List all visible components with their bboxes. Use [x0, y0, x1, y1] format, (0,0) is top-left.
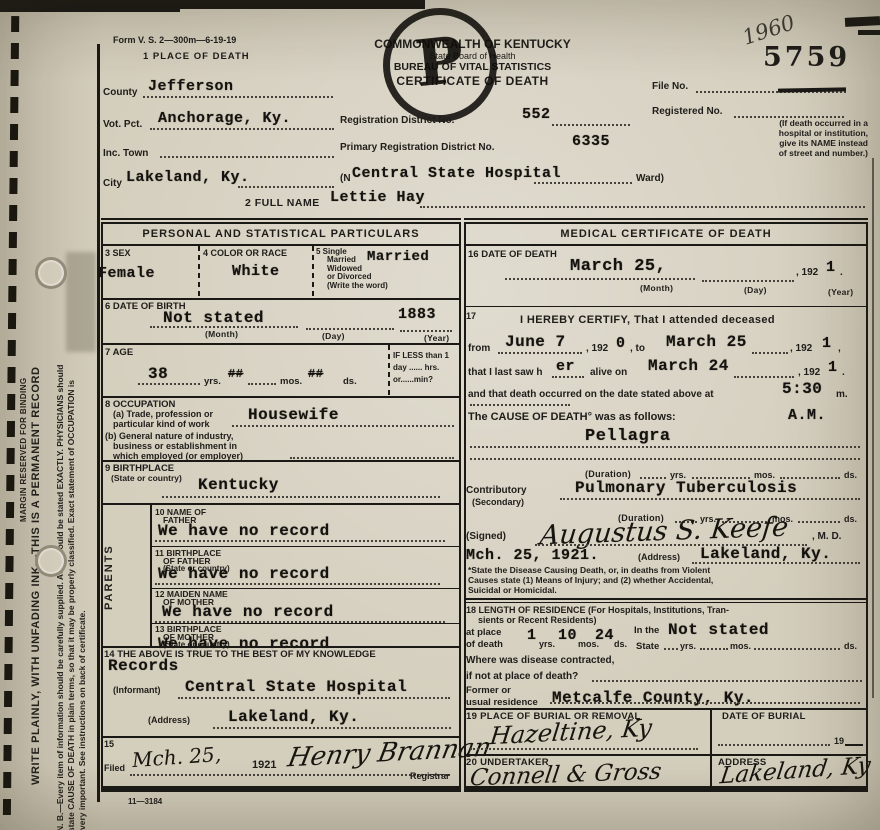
contributory-label: Contributory	[466, 486, 527, 496]
physician-address-line	[692, 562, 860, 564]
contributory-value: Pulmonary Tuberculosis	[575, 480, 797, 496]
margin-nb-line2: state CAUSE OF DEATH in plain terms, so …	[67, 240, 77, 830]
cause-line	[470, 446, 860, 448]
residence-label-1: 18 LENGTH OF RESIDENCE (For Hospitals, I…	[466, 606, 729, 615]
ds-caption: ds.	[844, 515, 857, 524]
dod-period: .	[840, 268, 843, 278]
informant-address-line	[213, 727, 451, 729]
yrs-caption: yrs.	[204, 377, 221, 387]
from-line	[498, 352, 582, 354]
hole-punch-top	[35, 257, 67, 289]
month-caption: (Month)	[205, 330, 238, 339]
sex-value: Female	[98, 266, 155, 281]
left-box-bottom-thick	[101, 786, 461, 790]
row-rule	[150, 546, 461, 547]
attended-to-year: 1	[822, 336, 832, 351]
filed-label: Filed	[104, 764, 125, 773]
mother-name-line	[155, 621, 445, 623]
row-rule	[101, 646, 461, 648]
saw-year-printed: , 192	[798, 368, 820, 378]
day-caption: (Day)	[322, 332, 345, 341]
top-edge-ink-bar	[0, 0, 425, 9]
filed-line	[130, 774, 450, 776]
occupation-b-line	[290, 457, 454, 459]
ds-caption: ds.	[844, 642, 857, 651]
residence-days-value: 24	[595, 628, 614, 643]
race-label: 4 COLOR OR RACE	[203, 249, 287, 258]
occupation-a-line2: particular kind of work	[113, 420, 210, 429]
informant-value: Central State Hospital	[185, 679, 407, 695]
row-rule	[464, 602, 868, 603]
age-line	[248, 383, 276, 385]
certificate-number: 5759	[763, 44, 850, 71]
marital-value: Married	[367, 250, 429, 264]
full-name-line	[420, 206, 865, 208]
row-rule	[464, 708, 868, 710]
dob-year-value: 1883	[398, 307, 436, 322]
mother-name-value: We have no record	[162, 604, 334, 620]
occupation-line	[232, 425, 454, 427]
state-line	[700, 648, 728, 650]
margin-binding-note: MARGIN RESERVED FOR BINDING	[20, 407, 30, 522]
attended-to-date: March 25	[666, 334, 747, 350]
inc-town-line	[160, 156, 334, 158]
md-caption: , M. D.	[812, 532, 841, 542]
registered-no-label: Registered No.	[652, 107, 723, 117]
to-line	[752, 352, 788, 354]
hospital-note-2: hospital or institution,	[680, 129, 868, 138]
county-value: Jefferson	[148, 79, 234, 94]
city-label: City	[103, 179, 122, 189]
row-rule	[101, 503, 461, 505]
age-months-strike: ##	[228, 368, 243, 380]
records-note: Records	[108, 658, 179, 674]
duration-caption: (Duration)	[585, 470, 631, 479]
cause-of-death-label: The CAUSE OF DEATH° was as follows:	[468, 412, 676, 423]
age-days-strike: ##	[308, 368, 323, 380]
ward-label: Ward)	[636, 174, 664, 184]
death-time-m: m.	[836, 390, 848, 400]
from-label: from	[468, 344, 490, 354]
cause-line	[470, 404, 570, 406]
father-bp-value: We have no record	[158, 566, 330, 582]
undertaker-cell-divider	[710, 754, 712, 788]
year-caption: (Year)	[424, 334, 449, 343]
row-rule	[464, 306, 868, 307]
informant-line	[178, 697, 450, 699]
cause-footnote-1: *State the Disease Causing Death, or, in…	[468, 566, 710, 575]
occupation-b-line1: (b) General nature of industry,	[105, 432, 233, 441]
attended-from-date: June 7	[505, 334, 566, 350]
margin-nb-line3: very important. See instructions on back…	[78, 630, 88, 830]
inc-town-label: Inc. Town	[103, 149, 148, 159]
last-saw-fill: er	[556, 359, 575, 374]
state-residence-value: Not stated	[668, 622, 769, 638]
from-year-printed: , 192	[586, 344, 608, 354]
row-rule	[101, 396, 461, 398]
primary-district-value: 6335	[572, 134, 610, 149]
saw-period: .	[842, 368, 845, 378]
last-saw-mid: alive on	[590, 368, 627, 378]
former-residence-line	[550, 702, 860, 704]
cause-footnote-2: Causes state (1) Means of Injury; and (2…	[468, 576, 713, 585]
burial-date-label: DATE OF BURIAL	[722, 712, 806, 722]
burial-date-line	[718, 744, 830, 746]
margin-write-plainly: WRITE PLAINLY, WITH UNFADING INK—THIS IS…	[31, 245, 44, 785]
file-no-label: File No.	[652, 82, 688, 92]
dob-line	[150, 326, 298, 328]
age-value: 38	[148, 366, 168, 382]
binding-edge-streak	[3, 16, 19, 826]
secondary-caption: (Secondary)	[472, 498, 524, 507]
at-place-label-1: at place	[466, 628, 501, 638]
form-left-border	[97, 44, 100, 802]
to-comma: ,	[838, 344, 841, 354]
form-number: Form V. S. 2—300m—6-19-19	[113, 36, 236, 45]
page-right-edge-line	[872, 158, 874, 698]
physician-address-label: (Address)	[638, 553, 680, 562]
occupation-value: Housewife	[248, 407, 339, 423]
left-box-top-rule	[101, 218, 461, 220]
row17-number: 17	[466, 312, 476, 321]
row15-number: 15	[104, 740, 114, 749]
mos-caption: mos.	[280, 377, 302, 387]
saw-line	[552, 376, 584, 378]
if-less-line1: IF LESS than 1	[393, 352, 449, 360]
dod-year-printed: , 192	[796, 268, 818, 278]
row-rule	[101, 298, 461, 300]
reg-district-line	[552, 124, 630, 126]
personal-title-rule	[101, 244, 461, 246]
former-label-2: usual residence	[466, 698, 538, 708]
occupation-b-line3: which employed (or employer)	[113, 452, 243, 461]
full-name-value: Lettie Hay	[330, 190, 425, 205]
parents-cell-divider	[150, 505, 152, 648]
yrs-caption: yrs.	[680, 642, 696, 651]
personal-section-title: PERSONAL AND STATISTICAL PARTICULARS	[101, 229, 461, 240]
vot-pct-value: Anchorage, Ky.	[158, 111, 291, 126]
institution-value: Central State Hospital	[352, 166, 561, 181]
dob-line	[306, 328, 394, 330]
date-of-death-label: 16 DATE OF DEATH	[468, 250, 557, 260]
residence-months-value: 10	[558, 628, 577, 643]
age-label: 7 AGE	[105, 348, 133, 358]
informant-address-value: Lakeland, Ky.	[228, 709, 359, 725]
cell-divider	[312, 246, 314, 298]
father-bp-line	[155, 583, 440, 585]
p-stamp: P	[377, 2, 502, 127]
state-line	[754, 648, 840, 650]
corner-ink-mark	[845, 16, 880, 27]
contracted-label-1: Where was disease contracted,	[466, 656, 614, 666]
death-certificate-scan: MARGIN RESERVED FOR BINDING WRITE PLAINL…	[0, 0, 880, 830]
physician-address-value: Lakeland, Ky.	[700, 546, 831, 562]
right-box-bottom-thick	[464, 786, 868, 790]
hospital-note-3: give its NAME instead	[680, 139, 868, 148]
hole-punch-bottom	[35, 545, 67, 577]
contracted-label-2: if not at place of death?	[466, 672, 578, 682]
last-saw-pre: that I last saw h	[468, 368, 542, 378]
dob-line	[400, 330, 452, 332]
parents-label: PARENTS	[104, 520, 116, 610]
contributory-line	[560, 498, 860, 500]
am-value: A.M.	[788, 408, 826, 423]
county-label: County	[103, 88, 137, 98]
residence-years-value: 1	[527, 628, 537, 643]
father-name-line	[155, 540, 445, 542]
duration-line	[798, 521, 840, 523]
contracted-line	[592, 680, 862, 682]
informant-label: (Informant)	[113, 686, 161, 695]
if-less-line2: day ...... hrs.	[393, 364, 439, 372]
vot-pct-label: Vot. Pct.	[103, 120, 142, 130]
last-saw-year: 1	[828, 360, 838, 375]
city-line	[238, 186, 334, 188]
occupation-a-line1: (a) Trade, profession or	[113, 410, 213, 419]
p-stamp-letter: P	[386, 20, 493, 105]
ds-caption: ds.	[614, 640, 627, 649]
reg-district-value: 552	[522, 107, 551, 122]
primary-district-label: Primary Registration District No.	[340, 143, 494, 153]
right-box-top-rule	[464, 218, 868, 220]
at-place-label-2: of death	[466, 640, 503, 650]
to-year-printed: , 192	[790, 344, 812, 354]
burial-cell-divider	[710, 708, 712, 754]
mos-caption: mos.	[730, 642, 751, 651]
cause-value: Pellagra	[585, 428, 671, 445]
sign-date-value: Mch. 25, 1921.	[466, 548, 599, 563]
row-rule	[464, 754, 868, 756]
month-caption: (Month)	[640, 284, 673, 293]
margin-nb-line1: N. B.—Every item of information should b…	[56, 240, 66, 830]
hospital-note-1: (If death occurred in a	[680, 119, 868, 128]
cell-divider	[198, 246, 200, 298]
marital-option-2: Married	[327, 256, 356, 264]
ds-caption: ds.	[343, 377, 357, 387]
birthplace-value: Kentucky	[198, 477, 279, 493]
hospital-note-4: of street and number.)	[680, 149, 868, 158]
certify-statement: I HEREBY CERTIFY, That I attended deceas…	[520, 315, 775, 326]
state-line	[664, 648, 678, 650]
top-edge-ink-bar2	[0, 9, 180, 12]
yrs-caption: yrs.	[539, 640, 555, 649]
attended-from-year: 0	[616, 336, 626, 351]
row-rule	[101, 343, 461, 345]
death-occurred-statement: and that death occurred on the date stat…	[468, 390, 714, 400]
signed-label: (Signed)	[466, 532, 506, 542]
occupation-b-line2: business or establishment in	[113, 442, 237, 451]
father-name-value: We have no record	[158, 523, 330, 539]
city-value: Lakeland, Ky.	[126, 170, 250, 185]
place-of-death-heading: 1 PLACE OF DEATH	[143, 52, 250, 62]
medical-section-title: MEDICAL CERTIFICATE OF DEATH	[464, 229, 868, 240]
county-line	[143, 96, 333, 98]
race-value: White	[232, 264, 280, 279]
saw-line	[734, 376, 794, 378]
dod-line	[702, 280, 794, 282]
marital-option-4: or Divorced	[327, 273, 371, 281]
institution-line	[534, 182, 632, 184]
day-caption: (Day)	[744, 286, 767, 295]
birthplace-line	[162, 496, 440, 498]
former-label-1: Former or	[466, 686, 511, 696]
burial-place-line	[470, 748, 698, 750]
informant-address-label: (Address)	[148, 716, 190, 725]
vot-pct-line	[150, 128, 334, 130]
date-of-death-value: March 25,	[570, 258, 666, 275]
birthplace-sub-label: (State or country)	[111, 474, 182, 483]
row-rule	[464, 598, 868, 600]
reg-district-label: Registration District No.	[340, 116, 454, 126]
burial-date-year-line	[845, 744, 863, 746]
cause-footnote-3: Suicidal or Homicidal.	[468, 586, 557, 595]
marital-instruction: (Write the word)	[327, 282, 388, 290]
corner-ink-mark2	[858, 30, 880, 35]
institution-prefix: (N	[340, 174, 351, 184]
if-less-line3: or......min?	[393, 376, 433, 384]
cause-line	[470, 458, 860, 460]
filed-date-handwriting: Mch. 25,	[131, 744, 221, 770]
state-label: State	[636, 642, 659, 652]
medical-title-rule	[464, 244, 868, 246]
sex-label: 3 SEX	[105, 249, 131, 258]
burial-date-19: 19	[834, 737, 844, 746]
form-footer-number: 11—3184	[128, 798, 162, 806]
last-saw-date: March 24	[648, 358, 729, 374]
dod-year-value: 1	[826, 260, 836, 275]
year-caption: (Year)	[828, 288, 853, 297]
age-line	[138, 383, 200, 385]
filed-year: 1921	[252, 760, 276, 771]
dod-line	[505, 278, 695, 280]
death-time-value: 5:30	[782, 381, 822, 397]
in-the-label: In the	[634, 626, 659, 636]
full-name-label: 2 FULL NAME	[245, 198, 320, 209]
cell-divider	[388, 345, 390, 396]
ds-caption: ds.	[844, 471, 857, 480]
residence-label-2: sients or Recent Residents)	[478, 616, 597, 625]
dob-value: Not stated	[163, 310, 264, 326]
to-label: , to	[630, 344, 645, 354]
registrar-label: Registrar	[410, 772, 450, 781]
